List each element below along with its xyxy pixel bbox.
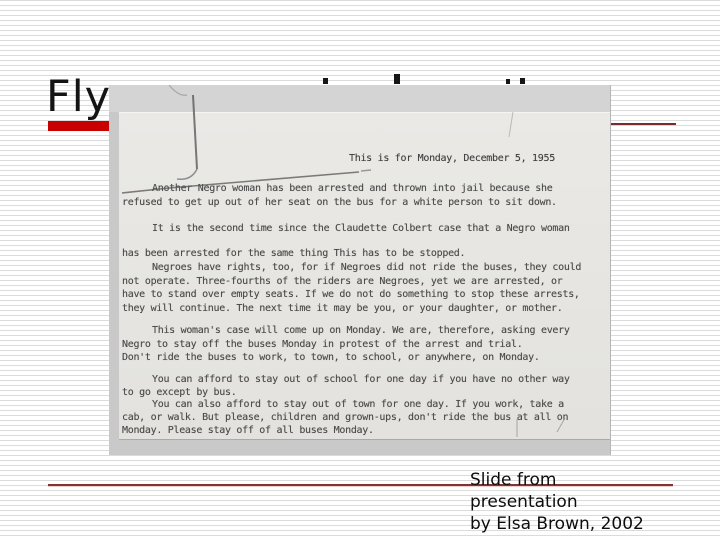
occluded-title-letter-mark [506, 79, 510, 84]
slide-attribution: Slide from presentation by Elsa Brown, 2… [470, 469, 710, 535]
presentation-slide: Fly This is for Monday, December 5, 1955… [0, 0, 720, 540]
occluded-title-letter-mark [520, 78, 525, 84]
flyer-dateline: This is for Monday, December 5, 1955 [349, 153, 555, 164]
flyer-line: not operate. Three-fourths of the riders… [122, 275, 604, 289]
attribution-line: by Elsa Brown, 2002 [470, 513, 710, 535]
flyer-paragraph: You can afford to stay out of school for… [122, 373, 604, 399]
flyer-line: You can also afford to stay out of town … [122, 398, 604, 411]
occluded-title-letter-mark [394, 74, 400, 84]
attribution-line: presentation [470, 491, 710, 513]
flyer-line: Monday. Please stay off of all buses Mon… [122, 424, 604, 437]
flyer-line: cab, or walk. But please, children and g… [122, 411, 604, 424]
flyer-line: Another Negro woman has been arrested an… [122, 182, 604, 196]
attribution-line: Slide from [470, 469, 710, 491]
slide-title: Fly [46, 74, 111, 120]
flyer-line: have to stand over empty seats. If we do… [122, 288, 604, 302]
flyer-paragraph: This woman's case will come up on Monday… [122, 324, 604, 365]
title-underline-rule-highlight [610, 125, 676, 126]
flyer-line: Negroes have rights, too, for if Negroes… [122, 261, 604, 275]
flyer-line: It is the second time since the Claudett… [122, 216, 604, 241]
flyer-line: they will continue. The next time it may… [122, 302, 604, 316]
flyer-paragraph: It is the second time since the Claudett… [122, 216, 604, 266]
flyer-paragraph: Negroes have rights, too, for if Negroes… [122, 261, 604, 315]
flyer-paragraph: You can also afford to stay out of town … [122, 398, 604, 437]
flyer-paragraph: Another Negro woman has been arrested an… [122, 182, 604, 210]
flyer-line: You can afford to stay out of school for… [122, 373, 604, 386]
flyer-line: This woman's case will come up on Monday… [122, 324, 604, 338]
flyer-text: This is for Monday, December 5, 1955 Ano… [109, 85, 610, 455]
flyer-line: Negro to stay off the buses Monday in pr… [122, 338, 604, 352]
flyer-line: refused to get up out of her seat on the… [122, 196, 604, 210]
flyer-scan-image: This is for Monday, December 5, 1955 Ano… [109, 85, 611, 455]
flyer-line: Don't ride the buses to work, to town, t… [122, 351, 604, 365]
occluded-title-letter-mark [323, 78, 328, 84]
